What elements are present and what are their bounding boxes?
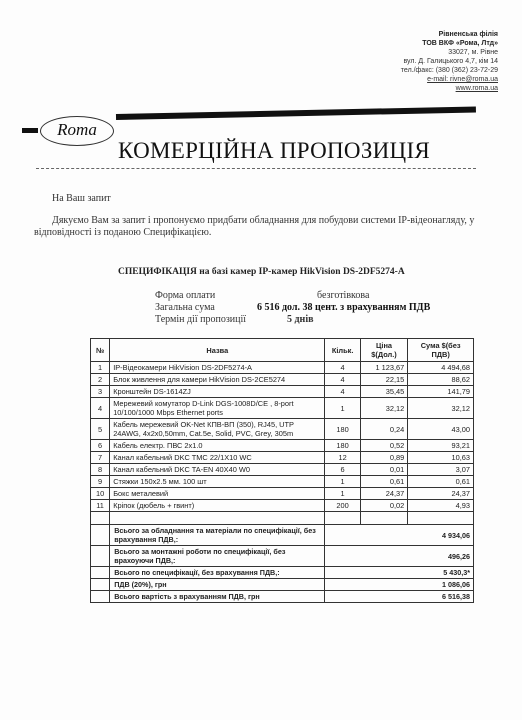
row-price: 0,24 (360, 419, 407, 440)
header-name: Назва (110, 339, 325, 362)
total-value: 6 516 дол. 38 цент. з врахуванням ПДВ (255, 302, 430, 314)
totals-spacer (91, 525, 110, 546)
row-qty: 6 (325, 464, 360, 476)
row-number: 11 (91, 500, 110, 512)
totals-label: Всього вартість з врахуванням ПДВ, грн (110, 591, 325, 603)
row-sum: 4 494,68 (408, 362, 474, 374)
totals-value: 5 430,3* (325, 567, 474, 579)
website-link[interactable]: www.roma.ua (401, 84, 498, 93)
table-row: 4Мережевий комутатор D-Link DGS-1008D/CE… (91, 398, 474, 419)
row-number: 6 (91, 440, 110, 452)
row-name: Кріпок (дюбель + гвинт) (110, 500, 325, 512)
row-number: 4 (91, 398, 110, 419)
row-price: 24,37 (360, 488, 407, 500)
row-sum: 24,37 (408, 488, 474, 500)
row-sum: 0,61 (408, 476, 474, 488)
table-row: 9Стяжки 150х2.5 мм. 100 шт10,610,61 (91, 476, 474, 488)
row-sum: 32,12 (408, 398, 474, 419)
table-row: 8Канал кабельний DKC TA-EN 40X40 W060,01… (91, 464, 474, 476)
row-qty: 1 (325, 476, 360, 488)
blank-cell (408, 512, 474, 525)
address-line: вул. Д. Галицького 4,7, кім 14 (401, 57, 498, 66)
row-name: Кронштейн DS-1614ZJ (110, 386, 325, 398)
row-number: 9 (91, 476, 110, 488)
page-title: КОМЕРЦІЙНА ПРОПОЗИЦІЯ (118, 138, 430, 164)
validity-row: Термін дії пропозиції 5 днів (155, 314, 430, 326)
row-sum: 88,62 (408, 374, 474, 386)
row-price: 32,12 (360, 398, 407, 419)
header-price: Ціна $(Дол.) (360, 339, 407, 362)
blank-cell (110, 512, 325, 525)
row-name: Блок живлення для камери HikVision DS-2C… (110, 374, 325, 386)
scanned-document-page: Рівненська філія ТОВ ВКФ «Рома, Лтд» 330… (0, 0, 522, 720)
validity-value: 5 днів (255, 314, 314, 326)
row-number: 8 (91, 464, 110, 476)
row-number: 10 (91, 488, 110, 500)
row-qty: 200 (325, 500, 360, 512)
table-row: 11Кріпок (дюбель + гвинт)2000,024,93 (91, 500, 474, 512)
row-name: Кабель мережевий OK-Net КПВ-ВП (350), RJ… (110, 419, 325, 440)
row-sum: 141,79 (408, 386, 474, 398)
totals-row: Всього за монтажні роботи по специфікаці… (91, 546, 474, 567)
total-sum-row: Загальна сума 6 516 дол. 38 цент. з врах… (155, 302, 430, 314)
blank-cell (91, 512, 110, 525)
totals-spacer (91, 546, 110, 567)
row-sum: 10,63 (408, 452, 474, 464)
totals-value: 6 516,38 (325, 591, 474, 603)
roma-logo: Roma (40, 116, 114, 146)
table-row: 1IP-Відеокамери HikVision DS-2DF5274-A41… (91, 362, 474, 374)
validity-label: Термін дії пропозиції (155, 314, 255, 326)
totals-row: Всього за обладнання та матеріали по спе… (91, 525, 474, 546)
row-sum: 4,93 (408, 500, 474, 512)
intro-paragraph: Дякуємо Вам за запит і пропонуємо придба… (34, 215, 484, 239)
row-qty: 4 (325, 374, 360, 386)
row-sum: 93,21 (408, 440, 474, 452)
blank-cell (325, 512, 360, 525)
totals-spacer (91, 579, 110, 591)
row-name: Стяжки 150х2.5 мм. 100 шт (110, 476, 325, 488)
row-qty: 180 (325, 440, 360, 452)
row-sum: 3,07 (408, 464, 474, 476)
blank-cell (360, 512, 407, 525)
row-name: Мережевий комутатор D-Link DGS-1008D/CE … (110, 398, 325, 419)
totals-row: Всього вартість з врахуванням ПДВ, грн6 … (91, 591, 474, 603)
row-price: 35,45 (360, 386, 407, 398)
table-header-row: № Назва Кільк. Ціна $(Дол.) Сума $(без П… (91, 339, 474, 362)
row-name: Канал кабельний DKC TA-EN 40X40 W0 (110, 464, 325, 476)
row-name: Канал кабельний DKC TMC 22/1X10 WC (110, 452, 325, 464)
row-qty: 180 (325, 419, 360, 440)
row-name: Бокс металевий (110, 488, 325, 500)
totals-spacer (91, 591, 110, 603)
header-no: № (91, 339, 110, 362)
totals-value: 4 934,06 (325, 525, 474, 546)
totals-row: Всього по специфікації, без врахування П… (91, 567, 474, 579)
blank-row (91, 512, 474, 525)
header-sum: Сума $(без ПДВ) (408, 339, 474, 362)
row-qty: 1 (325, 488, 360, 500)
totals-label: ПДВ (20%), грн (110, 579, 325, 591)
row-sum: 43,00 (408, 419, 474, 440)
row-number: 5 (91, 419, 110, 440)
row-price: 0,89 (360, 452, 407, 464)
row-number: 3 (91, 386, 110, 398)
table-row: 5Кабель мережевий OK-Net КПВ-ВП (350), R… (91, 419, 474, 440)
row-qty: 4 (325, 362, 360, 374)
totals-value: 1 086,06 (325, 579, 474, 591)
title-divider (36, 168, 476, 169)
table-row: 2Блок живлення для камери HikVision DS-2… (91, 374, 474, 386)
row-name: IP-Відеокамери HikVision DS-2DF5274-A (110, 362, 325, 374)
row-qty: 12 (325, 452, 360, 464)
logo-band-right (116, 106, 476, 120)
company-address-block: Рівненська філія ТОВ ВКФ «Рома, Лтд» 330… (401, 30, 498, 93)
email-link[interactable]: e-mail: rivne@roma.ua (401, 75, 498, 84)
address-line: тел./факс: (380 (362) 23-72-29 (401, 66, 498, 75)
payment-label: Форма оплати (155, 290, 255, 302)
logo-band-left (22, 128, 38, 133)
row-number: 7 (91, 452, 110, 464)
row-qty: 4 (325, 386, 360, 398)
row-number: 2 (91, 374, 110, 386)
payment-terms-row: Форма оплати безготівкова (155, 290, 430, 302)
row-qty: 1 (325, 398, 360, 419)
table-row: 3Кронштейн DS-1614ZJ435,45141,79 (91, 386, 474, 398)
totals-row: ПДВ (20%), грн1 086,06 (91, 579, 474, 591)
header-qty: Кільк. (325, 339, 360, 362)
row-price: 22,15 (360, 374, 407, 386)
totals-label: Всього за монтажні роботи по специфікаці… (110, 546, 325, 567)
payment-value: безготівкова (255, 290, 369, 302)
total-label: Загальна сума (155, 302, 255, 314)
row-name: Кабель електр. ПВС 2х1.0 (110, 440, 325, 452)
row-number: 1 (91, 362, 110, 374)
specification-title: СПЕЦИФІКАЦІЯ на базі камер IP-камер HikV… (118, 267, 405, 277)
totals-spacer (91, 567, 110, 579)
address-line: Рівненська філія (401, 30, 498, 39)
row-price: 1 123,67 (360, 362, 407, 374)
table-row: 6Кабель електр. ПВС 2х1.01800,5293,21 (91, 440, 474, 452)
table-row: 10Бокс металевий124,3724,37 (91, 488, 474, 500)
row-price: 0,02 (360, 500, 407, 512)
greeting: На Ваш запит (52, 193, 111, 204)
totals-label: Всього за обладнання та матеріали по спе… (110, 525, 325, 546)
specification-table: № Назва Кільк. Ціна $(Дол.) Сума $(без П… (90, 338, 474, 603)
offer-terms: Форма оплати безготівкова Загальна сума … (155, 290, 430, 326)
address-line: ТОВ ВКФ «Рома, Лтд» (401, 39, 498, 48)
totals-value: 496,26 (325, 546, 474, 567)
row-price: 0,52 (360, 440, 407, 452)
address-line: 33027, м. Рівне (401, 48, 498, 57)
row-price: 0,01 (360, 464, 407, 476)
totals-label: Всього по специфікації, без врахування П… (110, 567, 325, 579)
table-row: 7Канал кабельний DKC TMC 22/1X10 WC120,8… (91, 452, 474, 464)
row-price: 0,61 (360, 476, 407, 488)
